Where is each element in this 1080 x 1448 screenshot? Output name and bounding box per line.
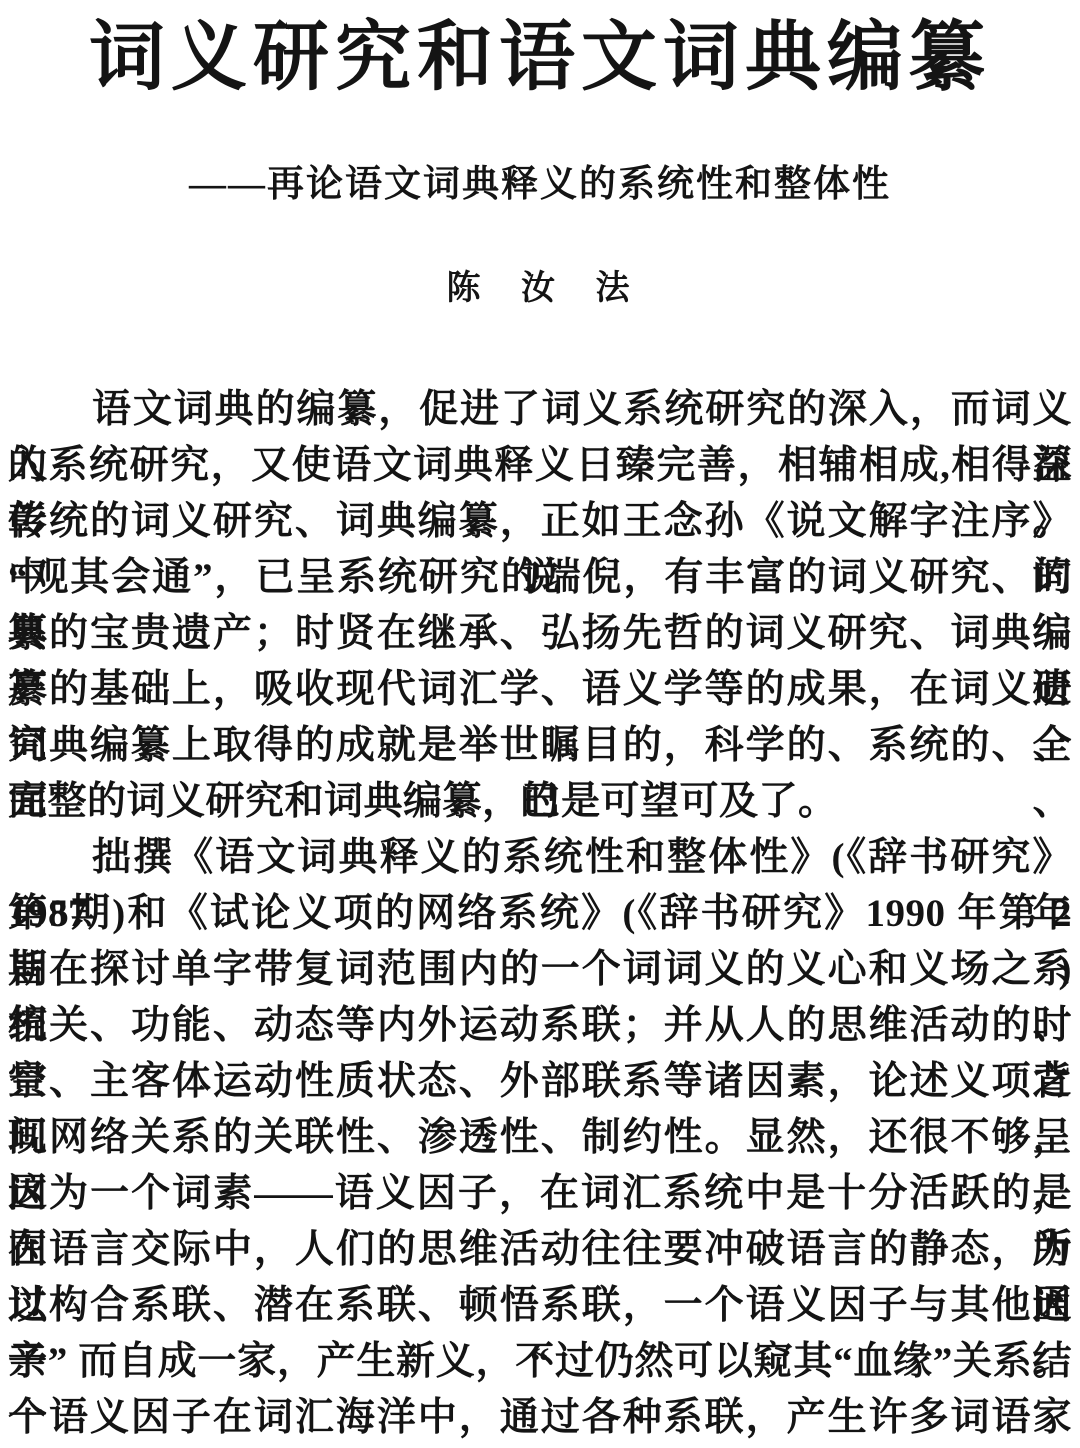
body-line: 第5期)和《试论义项的网络系统》(《辞书研究》1990 年第 2 期) [8,886,1072,942]
body-line: 在语言交际中，人们的思维活动往往要冲破语言的静态，所以通 [8,1222,1072,1278]
body-line: 亲” 而自成一家，产生新义，不过仍然可以窥其“血缘”关系。一 [8,1334,1072,1390]
body-line: 因为一个词素——语义因子，在词汇系统中是十分活跃的，因为 [8,1166,1072,1222]
body-line: 旨在探讨单字带复词范围内的一个词词义的义心和义场之系统、 [8,942,1072,998]
body-line: 传统的词义研究、词典编纂，正如王念孙《说文解字注序》中说的 [8,494,1072,550]
body-line: 过构合系联、潜在系联、顿悟系联，一个语义因子与其他因子“结 [8,1278,1072,1334]
body-line: “观其会通”，已呈系统研究的端倪，有丰富的词义研究、词典编 [8,550,1072,606]
body-line: 词典编纂上取得的成就是举世瞩目的，科学的、系统的、全面的、 [8,718,1072,774]
body-line: 语文词典的编纂，促进了词义系统研究的深入，而词义的深 [8,382,1072,438]
body-line: 产的基础上，吸收现代词汇学、语义学等的成果，在词义研究、 [8,662,1072,718]
body-line: 拙撰《语文词典释义的系统性和整体性》(《辞书研究》1987年 [8,830,1072,886]
body-line: 景、主客体运动性质状态、外部联系等诸因素，论述义项之间呈 [8,1054,1072,1110]
body-line: 现网络关系的关联性、渗透性、制约性。显然，还很不够，这是 [8,1110,1072,1166]
article-subtitle: ——再论语文词典释义的系统性和整体性 [0,156,1080,214]
body-line: 个语义因子在词汇海洋中，通过各种系联，产生许多词语家族和 [8,1390,1072,1446]
article-author: 陈 汝 法 [0,266,1080,312]
body-line: 入系统研究，又使语文词典释义日臻完善，相辅相成,相得益彰。 [8,438,1072,494]
article-body: 语文词典的编纂，促进了词义系统研究的深入，而词义的深入系统研究，又使语文词典释义… [0,382,1080,1446]
body-line: 纂的宝贵遗产；时贤在继承、弘扬先哲的词义研究、词典编纂遗 [8,606,1072,662]
document-page: 词义研究和语文词典编纂 ——再论语文词典释义的系统性和整体性 陈 汝 法 语文词… [0,0,1080,1448]
article-title: 词义研究和语文词典编纂 [0,0,1080,110]
body-line: 相关、功能、动态等内外运动系联；并从人的思维活动的时空背 [8,998,1072,1054]
